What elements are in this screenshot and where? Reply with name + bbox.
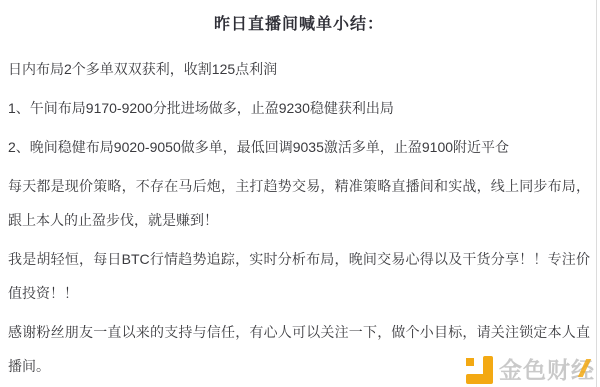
article-title-text: 昨日直播间喊单小结： bbox=[214, 16, 384, 33]
jinse-finance-watermark: 金色财经 bbox=[466, 356, 595, 384]
paragraph-trade-1: 1、午间布局9170-9200分批进场做多，止盈9230稳健获利出局 bbox=[8, 91, 590, 125]
jinse-logo-horizontal-bar bbox=[466, 374, 488, 384]
paragraph-summary: 日内布局2个多单双双获利，收割125点利润 bbox=[8, 52, 590, 86]
jinse-brand-text: 金色财经 bbox=[499, 356, 595, 384]
paragraph-intro: 我是胡轻恒，每日BTC行情趋势追踪，实时分析布局，晚间交易心得以及干货分享！！专… bbox=[8, 242, 590, 310]
paragraph-trade-2: 2、晚间稳健布局9020-9050做多单，最低回调9035激活多单，止盈9100… bbox=[8, 130, 590, 164]
paragraph-strategy: 每天都是现价策略，不存在马后炮，主打趋势交易，精准策略直播间和实战，线上同步布局… bbox=[8, 169, 590, 237]
jinse-logo-icon bbox=[466, 356, 493, 384]
jinse-logo-dot bbox=[466, 358, 474, 366]
content-right-border bbox=[596, 0, 597, 387]
article-title: 昨日直播间喊单小结： bbox=[8, 14, 590, 36]
article-page: 昨日直播间喊单小结： 日内布局2个多单双双获利，收割125点利润 1、午间布局9… bbox=[0, 0, 600, 387]
jinse-brand-accent-slash bbox=[578, 359, 591, 377]
